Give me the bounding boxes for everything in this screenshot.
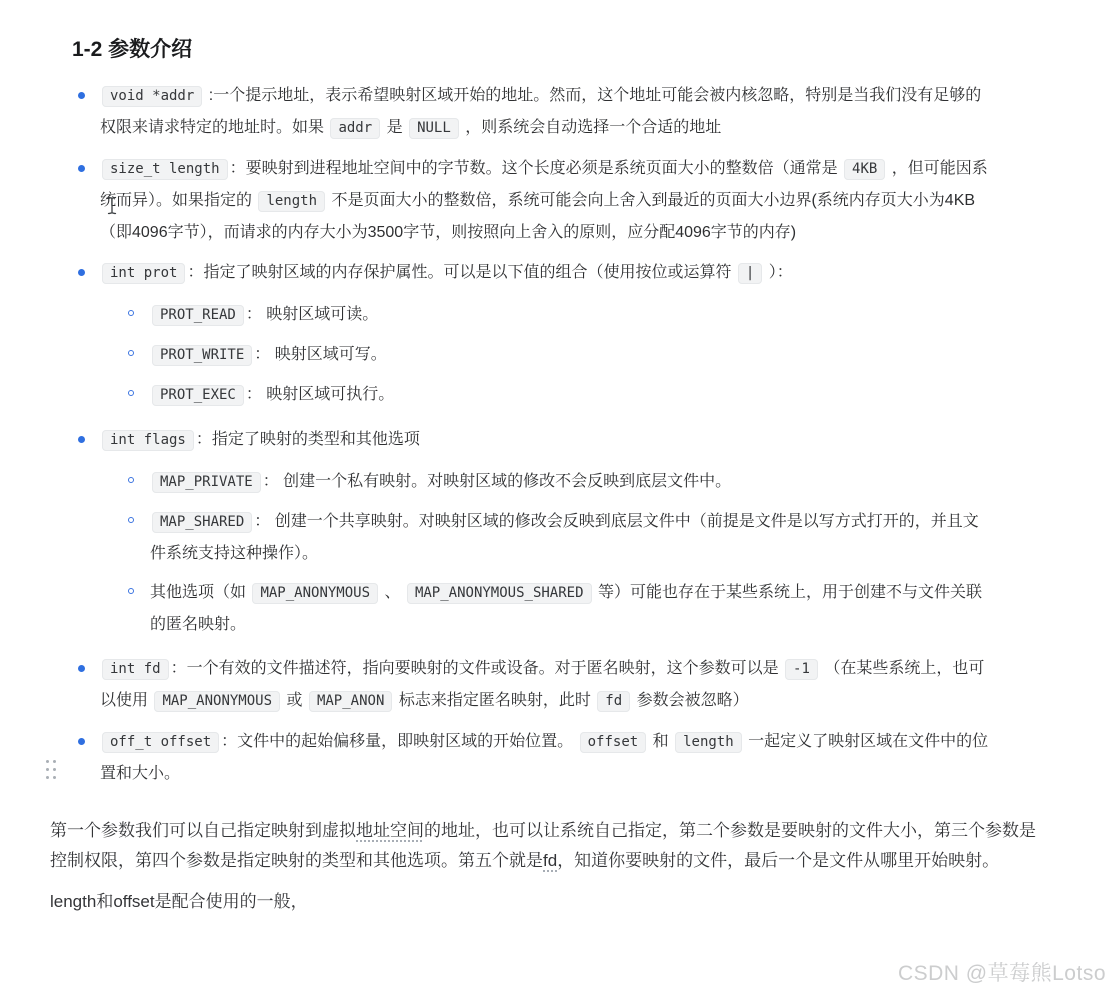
hollow-bullet-icon — [128, 310, 134, 316]
hollow-bullet-icon — [128, 588, 134, 594]
list-item-off-t-offset: off_t offset：文件中的起始偏移量，即映射区域的开始位置。 offse… — [78, 726, 990, 789]
inline-code: MAP_ANONYMOUS — [252, 583, 378, 604]
prot-sublist: PROT_READ： 映射区域可读。 PROT_WRITE： 映射区域可写。 P… — [128, 299, 990, 411]
list-item-map-shared: MAP_SHARED： 创建一个共享映射。对映射区域的修改会反映到底层文件中（前… — [128, 506, 990, 569]
hollow-bullet-icon — [128, 477, 134, 483]
hollow-bullet-icon — [128, 517, 134, 523]
text-run: ：指定了映射的类型和其他选项 — [196, 431, 420, 448]
bullet-icon — [78, 436, 85, 443]
bullet-icon — [78, 269, 85, 276]
inline-code: addr — [330, 118, 380, 139]
flags-sublist: MAP_PRIVATE： 创建一个私有映射。对映射区域的修改不会反映到底层文件中… — [128, 466, 990, 640]
inline-code: MAP_PRIVATE — [152, 472, 261, 493]
csdn-watermark: CSDN @草莓熊Lotso — [898, 957, 1106, 987]
text-run: ：文件中的起始偏移量，即映射区域的开始位置。 — [221, 733, 577, 750]
inline-code: PROT_EXEC — [152, 385, 244, 406]
inline-code: 4KB — [844, 159, 885, 180]
list-item-text: int fd：一个有效的文件描述符，指向要映射的文件或设备。对于匿名映射，这个参… — [100, 660, 984, 709]
inline-code: MAP_ANONYMOUS_SHARED — [407, 583, 592, 604]
list-item-other-flags: 其他选项（如 MAP_ANONYMOUS 、 MAP_ANONYMOUS_SHA… — [128, 577, 990, 640]
text-run: length和offset是配合使用的一般， — [50, 892, 308, 911]
list-item-text: 其他选项（如 MAP_ANONYMOUS 、 MAP_ANONYMOUS_SHA… — [150, 584, 982, 633]
text-run: ：一个有效的文件描述符，指向要映射的文件或设备。对于匿名映射，这个参数可以是 — [171, 660, 783, 677]
text-run: ： 创建一个私有映射。对映射区域的修改不会反映到底层文件中。 — [263, 473, 731, 490]
list-item-map-private: MAP_PRIVATE： 创建一个私有映射。对映射区域的修改不会反映到底层文件中… — [128, 466, 990, 498]
text-run: ，则系统会自动选择一个合适的地址 — [461, 119, 721, 136]
text-run: 是 — [382, 119, 407, 136]
list-item-void-addr: void *addr :一个提示地址，表示希望映射区域开始的地址。然而，这个地址… — [78, 80, 990, 144]
inline-code: -1 — [785, 659, 818, 680]
drag-handle-icon[interactable] — [46, 760, 58, 783]
inline-code: off_t offset — [102, 732, 219, 753]
inline-code: int fd — [102, 659, 169, 680]
text-run: ： 创建一个共享映射。对映射区域的修改会反映到底层文件中（前提是文件是以写方式打… — [150, 513, 979, 562]
text-run: ：要映射到进程地址空间中的字节数。这个长度必须是系统页面大小的整数倍（通常是 — [230, 160, 842, 177]
inline-code: void *addr — [102, 86, 202, 107]
inline-code: PROT_READ — [152, 305, 244, 326]
hollow-bullet-icon — [128, 390, 134, 396]
list-item-int-prot: int prot：指定了映射区域的内存保护属性。可以是以下值的组合（使用按位或运… — [78, 257, 990, 411]
text-run: 第一个参数我们可以自己指定映射到虚拟 — [50, 821, 356, 840]
inline-code: MAP_SHARED — [152, 512, 252, 533]
paragraph: 第一个参数我们可以自己指定映射到虚拟地址空间的地址，也可以让系统自己指定，第二个… — [50, 816, 1048, 876]
inline-code: size_t length — [102, 159, 228, 180]
list-item-text: int prot：指定了映射区域的内存保护属性。可以是以下值的组合（使用按位或运… — [100, 264, 793, 281]
list-item-text: PROT_EXEC： 映射区域可执行。 — [150, 386, 394, 403]
paragraph: length和offset是配合使用的一般， — [50, 887, 1048, 917]
inline-code: int prot — [102, 263, 185, 284]
inline-code: MAP_ANON — [309, 691, 392, 712]
list-item-int-fd: int fd：一个有效的文件描述符，指向要映射的文件或设备。对于匿名映射，这个参… — [78, 653, 990, 717]
text-run: ： 映射区域可写。 — [254, 346, 386, 363]
content-area: 1-2 参数介绍 void *addr :一个提示地址，表示希望映射区域开始的地… — [0, 0, 1111, 917]
inline-code: length — [258, 191, 325, 212]
list-item-text: MAP_PRIVATE： 创建一个私有映射。对映射区域的修改不会反映到底层文件中… — [150, 473, 731, 490]
inline-code: NULL — [409, 118, 459, 139]
list-item-text: MAP_SHARED： 创建一个共享映射。对映射区域的修改会反映到底层文件中（前… — [150, 513, 979, 562]
list-item-text: PROT_WRITE： 映射区域可写。 — [150, 346, 387, 363]
list-item-prot-read: PROT_READ： 映射区域可读。 — [128, 299, 990, 331]
parameter-list: void *addr :一个提示地址，表示希望映射区域开始的地址。然而，这个地址… — [78, 80, 990, 789]
inline-code: length — [675, 732, 742, 753]
text-run: 标志来指定匿名映射，此时 — [394, 692, 595, 709]
list-item-text: PROT_READ： 映射区域可读。 — [150, 306, 378, 323]
bullet-icon — [78, 738, 85, 745]
list-item-text: size_t length：要映射到进程地址空间中的字节数。这个长度必须是系统页… — [100, 160, 988, 241]
hollow-bullet-icon — [128, 350, 134, 356]
summary-paragraphs: 第一个参数我们可以自己指定映射到虚拟地址空间的地址，也可以让系统自己指定，第二个… — [50, 816, 1053, 917]
text-run: 、 — [380, 584, 405, 601]
inline-code: fd — [597, 691, 630, 712]
inline-code: PROT_WRITE — [152, 345, 252, 366]
list-item-prot-write: PROT_WRITE： 映射区域可写。 — [128, 339, 990, 371]
spellcheck-underlined-text: 地址空间 — [356, 821, 424, 840]
spellcheck-underlined-text: fd — [543, 851, 557, 870]
list-item-text: off_t offset：文件中的起始偏移量，即映射区域的开始位置。 offse… — [100, 733, 988, 782]
list-item-size-t-length: size_t length：要映射到进程地址空间中的字节数。这个长度必须是系统页… — [78, 153, 990, 248]
bullet-icon — [78, 92, 85, 99]
text-run: 或 — [282, 692, 307, 709]
inline-code: | — [738, 263, 762, 284]
inline-code: int flags — [102, 430, 194, 451]
text-run: ，知道你要映射的文件，最后一个是文件从哪里开始映射。 — [557, 851, 999, 870]
bullet-icon — [78, 165, 85, 172]
text-run: ：指定了映射区域的内存保护属性。可以是以下值的组合（使用按位或运算符 — [187, 264, 735, 281]
text-run: 其他选项（如 — [150, 584, 250, 601]
inline-code: MAP_ANONYMOUS — [154, 691, 280, 712]
text-run: 和 — [648, 733, 673, 750]
section-heading: 1-2 参数介绍 — [72, 33, 1053, 63]
list-item-text: void *addr :一个提示地址，表示希望映射区域开始的地址。然而，这个地址… — [100, 87, 981, 136]
list-item-prot-exec: PROT_EXEC： 映射区域可执行。 — [128, 379, 990, 411]
text-run: ： 映射区域可读。 — [246, 306, 378, 323]
ibeam-cursor-icon — [107, 196, 117, 220]
inline-code: offset — [580, 732, 647, 753]
text-run: ）： — [764, 264, 792, 281]
text-run: 参数会被忽略） — [632, 692, 748, 709]
list-item-text: int flags：指定了映射的类型和其他选项 — [100, 431, 420, 448]
text-run: ： 映射区域可执行。 — [246, 386, 394, 403]
list-item-int-flags: int flags：指定了映射的类型和其他选项 MAP_PRIVATE： 创建一… — [78, 424, 990, 640]
bullet-icon — [78, 665, 85, 672]
